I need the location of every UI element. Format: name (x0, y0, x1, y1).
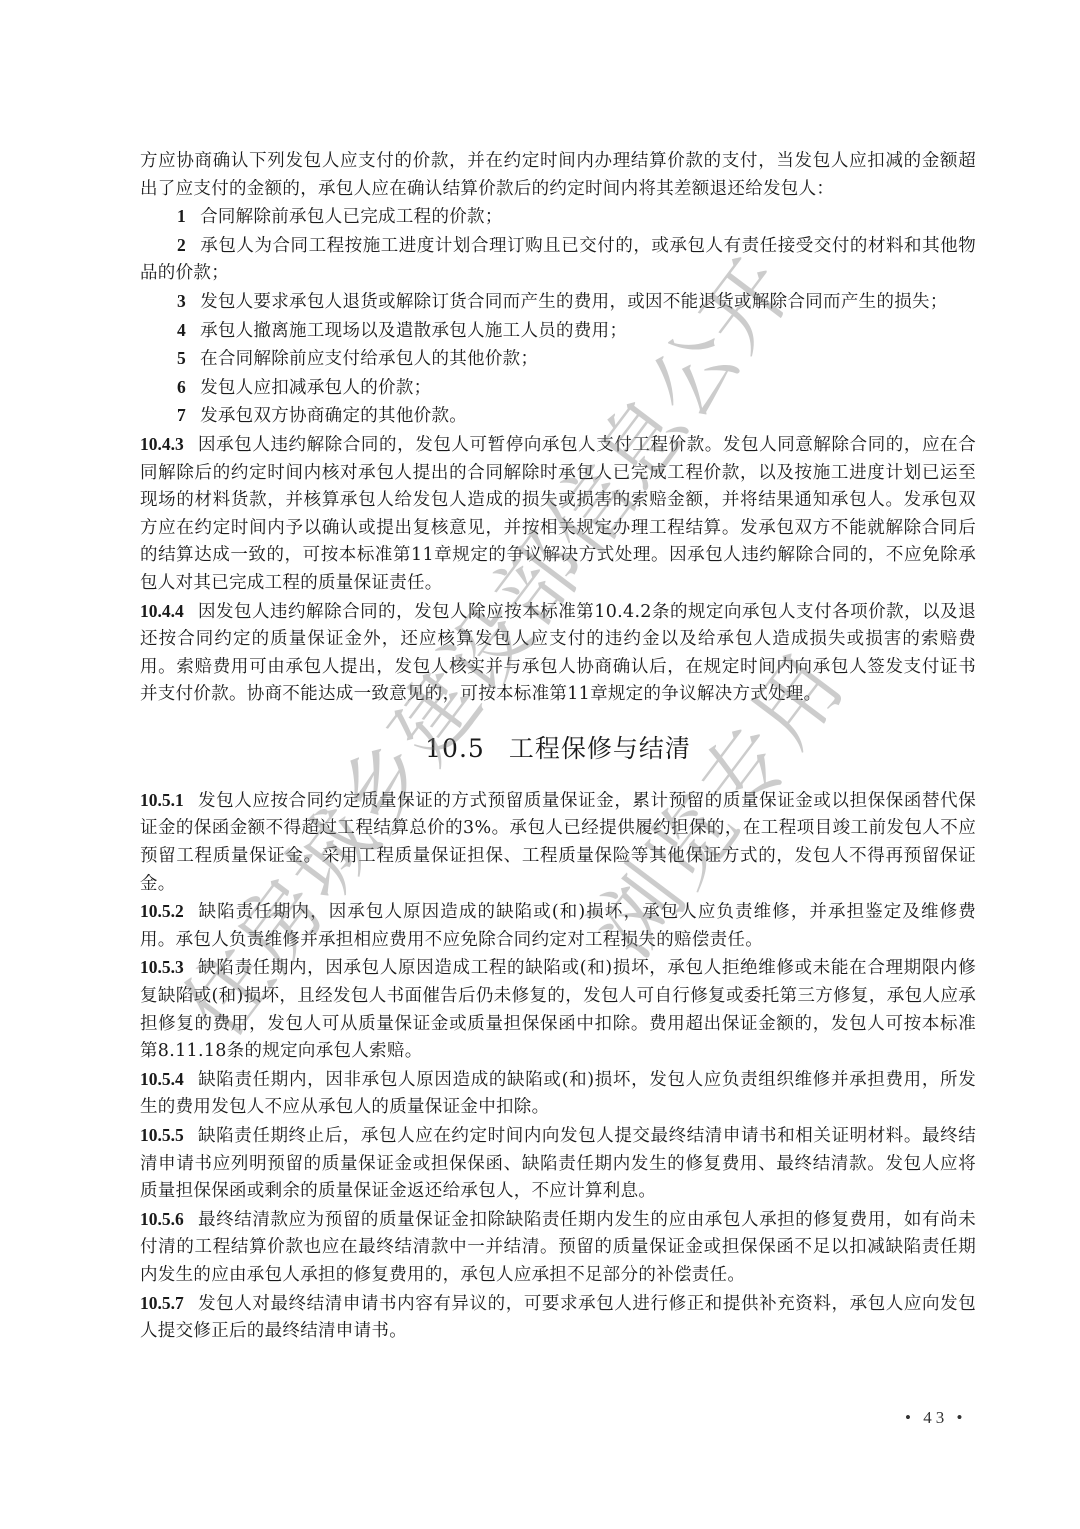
clause-text: 缺陷责任期终止后，承包人应在约定时间内向发包人提交最终结清申请书和相关证明材料。… (140, 1126, 976, 1201)
list-item: 7发承包双方协商确定的其他价款。 (140, 402, 976, 431)
list-item: 5在合同解除前应支付给承包人的其他价款； (140, 345, 976, 374)
item-text: 在合同解除前应支付给承包人的其他价款； (200, 349, 538, 369)
clause-number: 10.5.4 (140, 1069, 184, 1089)
section-heading: 10.5工程保修与结清 (140, 731, 976, 767)
clause-number: 10.5.3 (140, 957, 184, 977)
clause-number: 10.4.4 (140, 601, 184, 621)
item-number: 5 (177, 348, 186, 368)
item-text: 发包人要求承包人退货或解除订货合同而产生的费用，或因不能退货或解除合同而产生的损… (200, 292, 948, 312)
clause: 10.4.3因承包人违约解除合同的，发包人可暂停向承包人支付工程价款。发包人同意… (140, 431, 976, 598)
clause-text: 最终结清款应为预留的质量保证金扣除缺陷责任期内发生的应由承包人承担的修复费用，如… (140, 1210, 976, 1285)
clause-number: 10.5.7 (140, 1293, 184, 1313)
item-number: 3 (177, 291, 186, 311)
clause-text: 缺陷责任期内，因非承包人原因造成的缺陷或(和)损坏，发包人应负责组织维修并承担费… (140, 1070, 976, 1118)
clause-text: 缺陷责任期内，因承包人原因造成的缺陷或(和)损坏，承包人应负责维修，并承担鉴定及… (140, 902, 976, 950)
clause: 10.5.3缺陷责任期内，因承包人原因造成工程的缺陷或(和)损坏，承包人拒绝维修… (140, 954, 976, 1065)
clause-text: 缺陷责任期内，因承包人原因造成工程的缺陷或(和)损坏，承包人拒绝维修或未能在合理… (140, 958, 976, 1061)
intro-paragraph: 方应协商确认下列发包人应支付的价款，并在约定时间内办理结算价款的支付，当发包人应… (140, 148, 976, 203)
clause-number: 10.5.1 (140, 790, 184, 810)
clause: 10.5.7发包人对最终结清申请书内容有异议的，可要求承包人进行修正和提供补充资… (140, 1290, 976, 1346)
list-item: 3发包人要求承包人退货或解除订货合同而产生的费用，或因不能退货或解除合同而产生的… (140, 288, 976, 317)
list-item: 1合同解除前承包人已完成工程的价款； (140, 203, 976, 232)
item-text: 承包人撤离施工现场以及遣散承包人施工人员的费用； (200, 321, 627, 341)
item-number: 4 (177, 320, 186, 340)
list-item: 2承包人为合同工程按施工进度计划合理订购且已交付的，或承包人有责任接受交付的材料… (140, 232, 976, 288)
item-text: 发承包双方协商确定的其他价款。 (200, 406, 467, 426)
item-number: 7 (177, 405, 186, 425)
document-page: 方应协商确认下列发包人应支付的价款，并在约定时间内办理结算价款的支付，当发包人应… (140, 148, 976, 1346)
clause-text: 因承包人违约解除合同的，发包人可暂停向承包人支付工程价款。发包人同意解除合同的，… (140, 435, 976, 593)
clause-number: 10.4.3 (140, 434, 184, 454)
item-number: 1 (177, 206, 186, 226)
item-text: 承包人为合同工程按施工进度计划合理订购且已交付的，或承包人有责任接受交付的材料和… (140, 236, 976, 284)
list-item: 6发包人应扣减承包人的价款； (140, 374, 976, 403)
clause: 10.5.1发包人应按合同约定质量保证的方式预留质量保证金，累计预留的质量保证金… (140, 787, 976, 898)
list-item: 4承包人撤离施工现场以及遣散承包人施工人员的费用； (140, 317, 976, 346)
clause-number: 10.5.5 (140, 1125, 184, 1145)
section-number: 10.5 (425, 734, 485, 763)
item-text: 合同解除前承包人已完成工程的价款； (200, 207, 503, 227)
clause: 10.5.5缺陷责任期终止后，承包人应在约定时间内向发包人提交最终结清申请书和相… (140, 1122, 976, 1206)
clause: 10.5.2缺陷责任期内，因承包人原因造成的缺陷或(和)损坏，承包人应负责维修，… (140, 898, 976, 954)
clause: 10.5.6最终结清款应为预留的质量保证金扣除缺陷责任期内发生的应由承包人承担的… (140, 1206, 976, 1290)
clause-text: 发包人应按合同约定质量保证的方式预留质量保证金，累计预留的质量保证金或以担保保函… (140, 791, 976, 894)
clause-text: 因发包人违约解除合同的，发包人除应按本标准第10.4.2条的规定向承包人支付各项… (140, 602, 976, 705)
item-text: 发包人应扣减承包人的价款； (200, 378, 431, 398)
section-title-text: 工程保修与结清 (509, 734, 691, 763)
clause-number: 10.5.2 (140, 901, 184, 921)
clause: 10.4.4因发包人违约解除合同的，发包人除应按本标准第10.4.2条的规定向承… (140, 598, 976, 709)
clause: 10.5.4缺陷责任期内，因非承包人原因造成的缺陷或(和)损坏，发包人应负责组织… (140, 1066, 976, 1122)
item-number: 2 (177, 235, 186, 255)
clause-text: 发包人对最终结清申请书内容有异议的，可要求承包人进行修正和提供补充资料，承包人应… (140, 1294, 976, 1342)
item-number: 6 (177, 377, 186, 397)
page-number: • 43 • (905, 1408, 966, 1428)
clause-number: 10.5.6 (140, 1209, 184, 1229)
